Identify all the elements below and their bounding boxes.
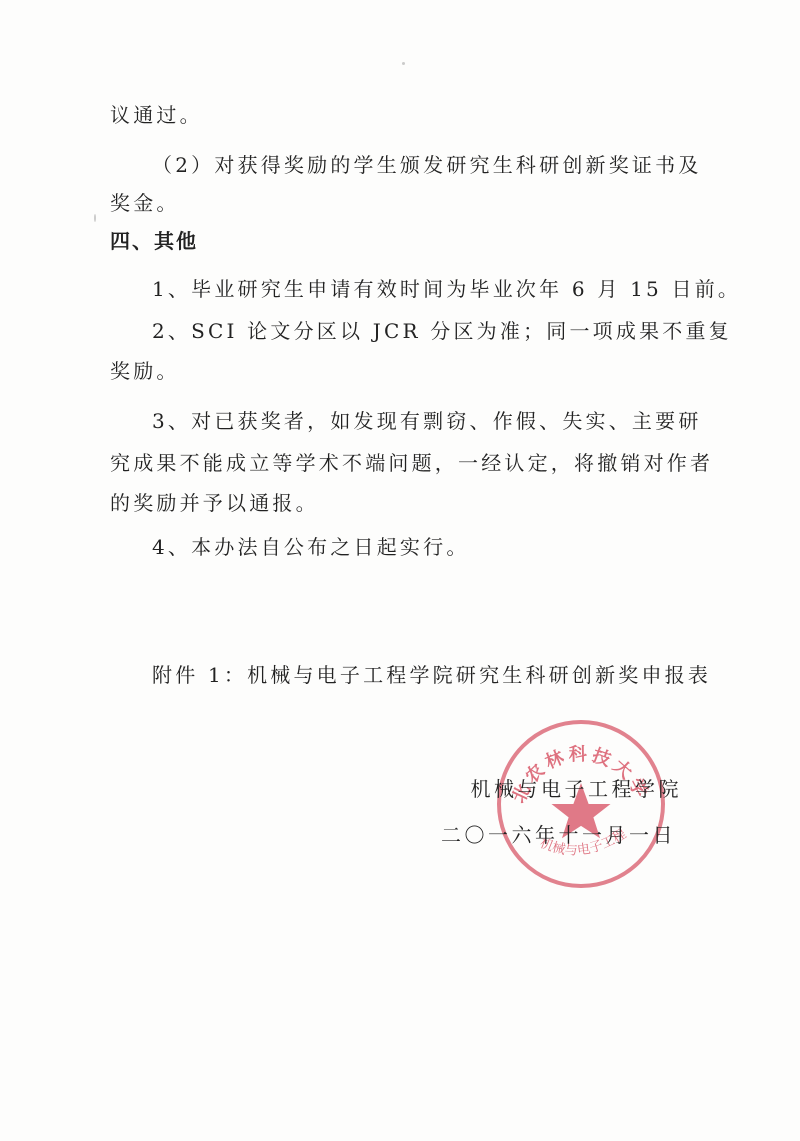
item-1: 1、毕业研究生申请有效时间为毕业次年 6 月 15 日前。 xyxy=(152,276,741,302)
attachment-line: 附件 1：机械与电子工程学院研究生科研创新奖申报表 xyxy=(152,662,711,688)
item-3-cont-1: 究成果不能成立等学术不端问题，一经认定，将撤销对作者 xyxy=(110,450,713,476)
item-3: 3、对已获奖者，如发现有剽窃、作假、失实、主要研 xyxy=(152,408,702,434)
signature-org: 机械与电子工程学院 xyxy=(471,776,683,802)
signature-date: 二〇一六年十一月一日 xyxy=(441,822,676,848)
item-4: 4、本办法自公布之日起实行。 xyxy=(152,534,470,560)
paragraph-award-certificate: （2）对获得奖励的学生颁发研究生科研创新奖证书及 xyxy=(152,152,702,178)
item-2-cont: 奖励。 xyxy=(110,358,180,384)
paragraph-continuation: 议通过。 xyxy=(110,102,203,128)
scan-speck xyxy=(94,214,96,222)
paragraph-award-certificate-cont: 奖金。 xyxy=(110,190,180,216)
seal-star-icon: 北农林科技大学 机械与电子工程学院 xyxy=(501,724,661,884)
item-3-cont-2: 的奖励并予以通报。 xyxy=(110,490,319,516)
item-2: 2、SCI 论文分区以 JCR 分区为准；同一项成果不重复 xyxy=(152,318,732,344)
section-heading-other: 四、其他 xyxy=(110,228,198,254)
official-seal: 北农林科技大学 机械与电子工程学院 xyxy=(497,720,665,888)
scan-speck xyxy=(402,62,405,65)
